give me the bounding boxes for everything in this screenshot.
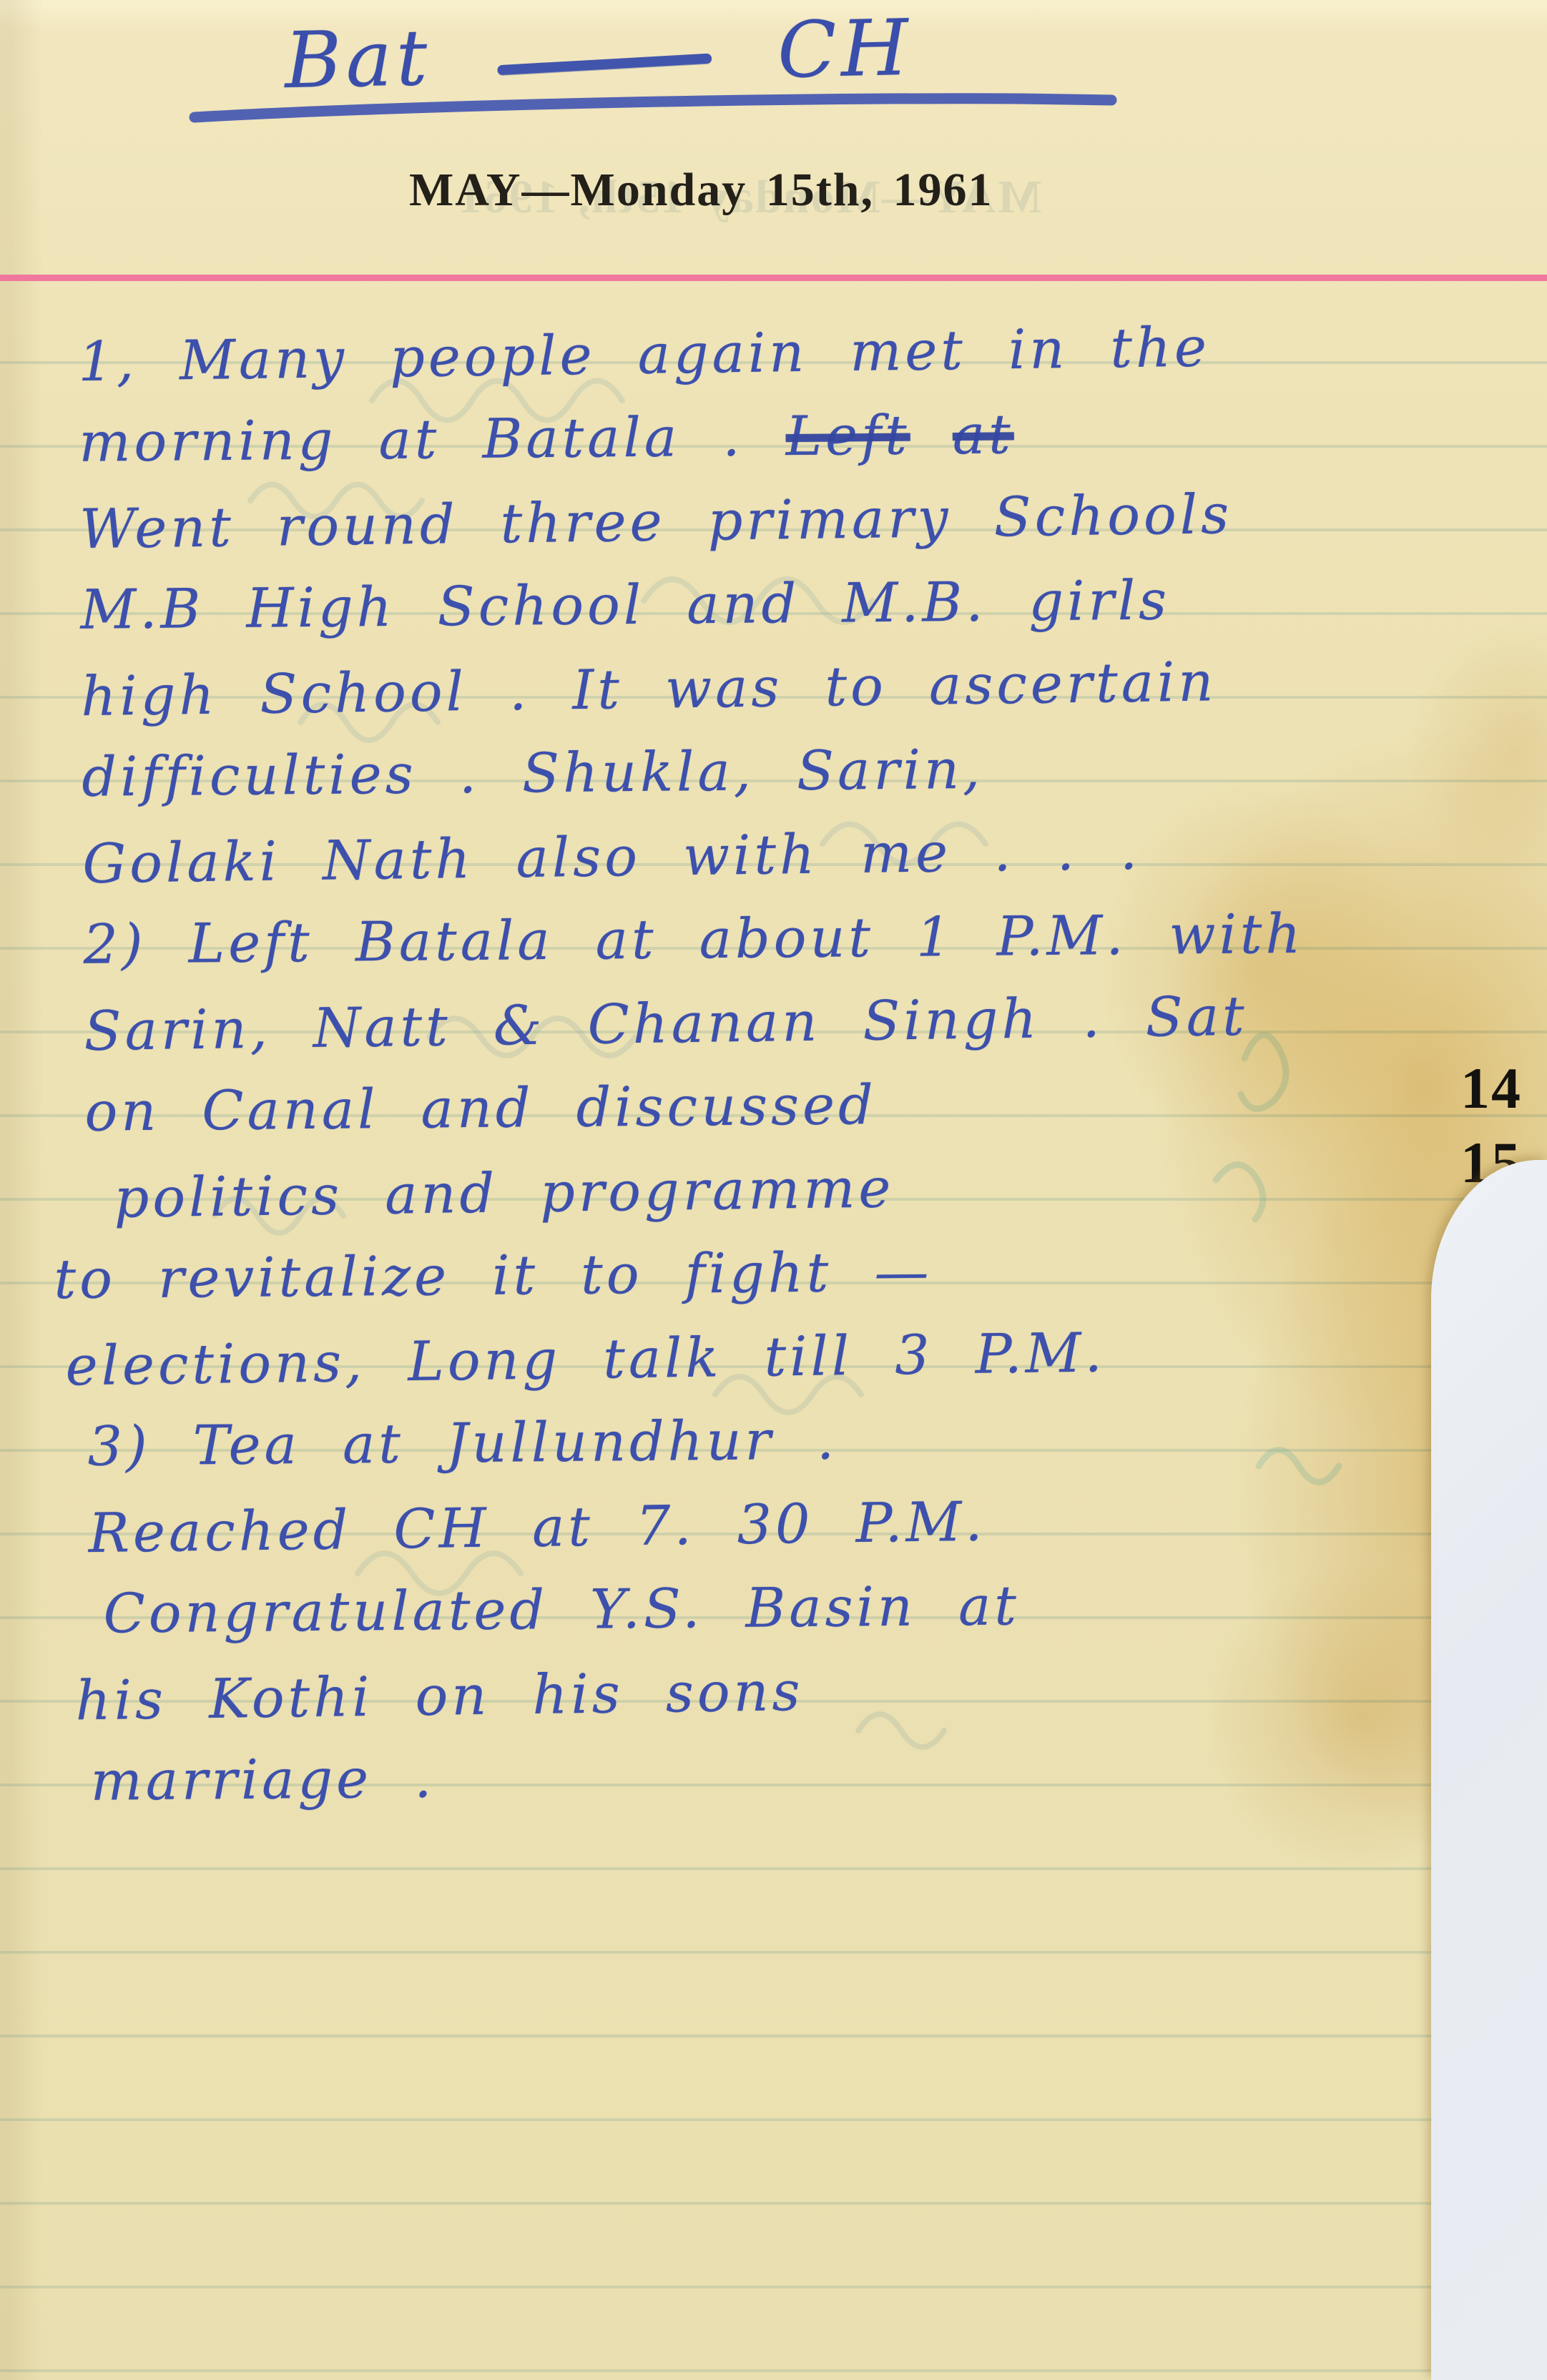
handwriting-lines: 1, Many people again met in themorning a… [78,306,1521,1824]
handwriting-text: elections, Long talk till 3 P.M. [65,1320,1106,1397]
tab-number-top: 14 [1460,1051,1522,1126]
handwriting-text: politics and programme [114,1156,895,1229]
handwriting-line: Went round three primary Schools [79,471,1511,573]
pink-header-rule [0,275,1547,281]
handwriting-line: M.B High School and M.B. girls [80,557,1511,653]
handwriting-text: morning at Batala . [79,404,786,474]
title-word-left: Bat [284,14,433,106]
handwriting-line: Golaki Nath also with me . . . [82,805,1513,908]
handwriting-text: marriage . [90,1746,435,1812]
handwriting-text: his Kothi on his sons [75,1659,804,1732]
handwriting-line: morning at Batala . Left at [79,390,1510,486]
handwriting-line: difficulties . Shukla, Sarin, [82,724,1513,820]
handwritten-title: Bat CH [284,4,913,106]
handwriting-text: M.B High School and M.B. girls [80,568,1170,641]
handwriting-line: marriage . [90,1729,1521,1824]
handwriting-line: to revitalize it to fight — [54,1226,1517,1323]
title-dash-stroke [497,53,712,75]
handwriting-text: 2) Left Batala at about 1 P.M. with [83,902,1305,976]
struck-word: at [952,402,1014,466]
handwriting-text [910,403,953,467]
handwriting-line: 1, Many people again met in the [78,303,1509,405]
handwriting-line: politics and programme [114,1140,1516,1242]
handwriting-line: 2) Left Batala at about 1 P.M. with [83,892,1514,988]
handwriting-line: 3) Tea at Jullundhur . [87,1394,1518,1490]
next-page-corner [1431,1160,1547,2380]
printed-date: MAY—Monday 15th, 1961 [409,163,993,217]
diary-page-scan: Bat CH MAY—Monday 15th, 1961 MAY—Monday … [0,0,1547,2380]
handwriting-line: high School . It was to ascertain [81,638,1512,740]
handwriting-line: on Canal and discussed [84,1059,1516,1155]
handwriting-text: on Canal and discussed [84,1073,877,1144]
handwriting-line: elections, Long talk till 3 P.M. [65,1307,1518,1410]
struck-word: Left [785,403,910,468]
handwriting-text: Golaki Nath also with me . . . [82,818,1141,895]
handwriting-text: to revitalize it to fight — [54,1239,933,1311]
handwriting-text: Reached CH at 7. 30 P.M. [88,1490,986,1565]
handwriting-text: Congratulated Y.S. Basin at [103,1573,1020,1645]
handwriting-text: 1, Many people again met in the [78,315,1211,393]
handwriting-text: high School . It was to ascertain [81,649,1217,728]
handwriting-line: Sarin, Natt & Chanan Singh . Sat [84,973,1515,1075]
handwriting-text: Sarin, Natt & Chanan Singh . Sat [84,984,1248,1063]
handwriting-text: difficulties . Shukla, Sarin, [82,737,983,809]
handwriting-line: Reached CH at 7. 30 P.M. [88,1475,1519,1577]
handwriting-line: Congratulated Y.S. Basin at [103,1561,1520,1657]
handwriting-text: Went round three primary Schools [79,482,1233,561]
title-word-right: CH [777,4,913,96]
handwriting-line: his Kothi on his sons [75,1642,1521,1744]
handwriting-text: 3) Tea at Jullundhur . [87,1408,838,1478]
